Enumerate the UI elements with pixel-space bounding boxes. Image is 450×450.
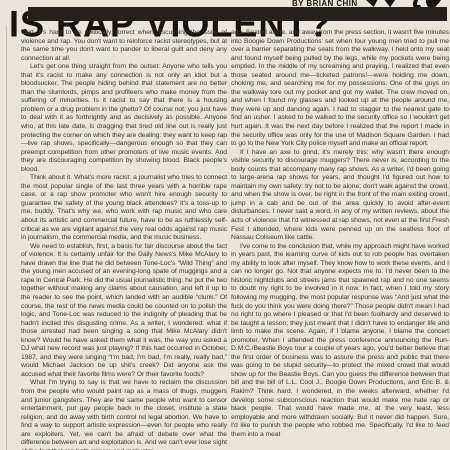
- article-paragraph: God, it's hard to be politically correct…: [21, 29, 227, 63]
- article-paragraph: Let's get one thing straight from the ou…: [21, 63, 227, 174]
- article-paragraph: ago. Seated alone, and away from the pre…: [231, 29, 449, 149]
- headline-rule-bar: [28, 7, 447, 21]
- article-paragraph: What I'm trying to say is that we have t…: [21, 379, 227, 450]
- article-paragraph: Think about it. What's more racist: a jo…: [21, 174, 227, 242]
- article-paragraph: If I have an axe to grind, it's merely t…: [231, 149, 449, 243]
- magazine-page: IS RAP VIOLENT? BY BRIAN CHIN God, it's …: [0, 0, 450, 450]
- article-column-left: God, it's hard to be politically correct…: [21, 29, 227, 450]
- article-column-right: ago. Seated alone, and away from the pre…: [231, 29, 449, 450]
- page-crease: [6, 26, 7, 450]
- article-body: God, it's hard to be politically correct…: [21, 29, 449, 450]
- article-paragraph: I've come to the conclusion that, while …: [231, 243, 449, 440]
- article-paragraph: We need to establish, first, a basis for…: [21, 243, 227, 380]
